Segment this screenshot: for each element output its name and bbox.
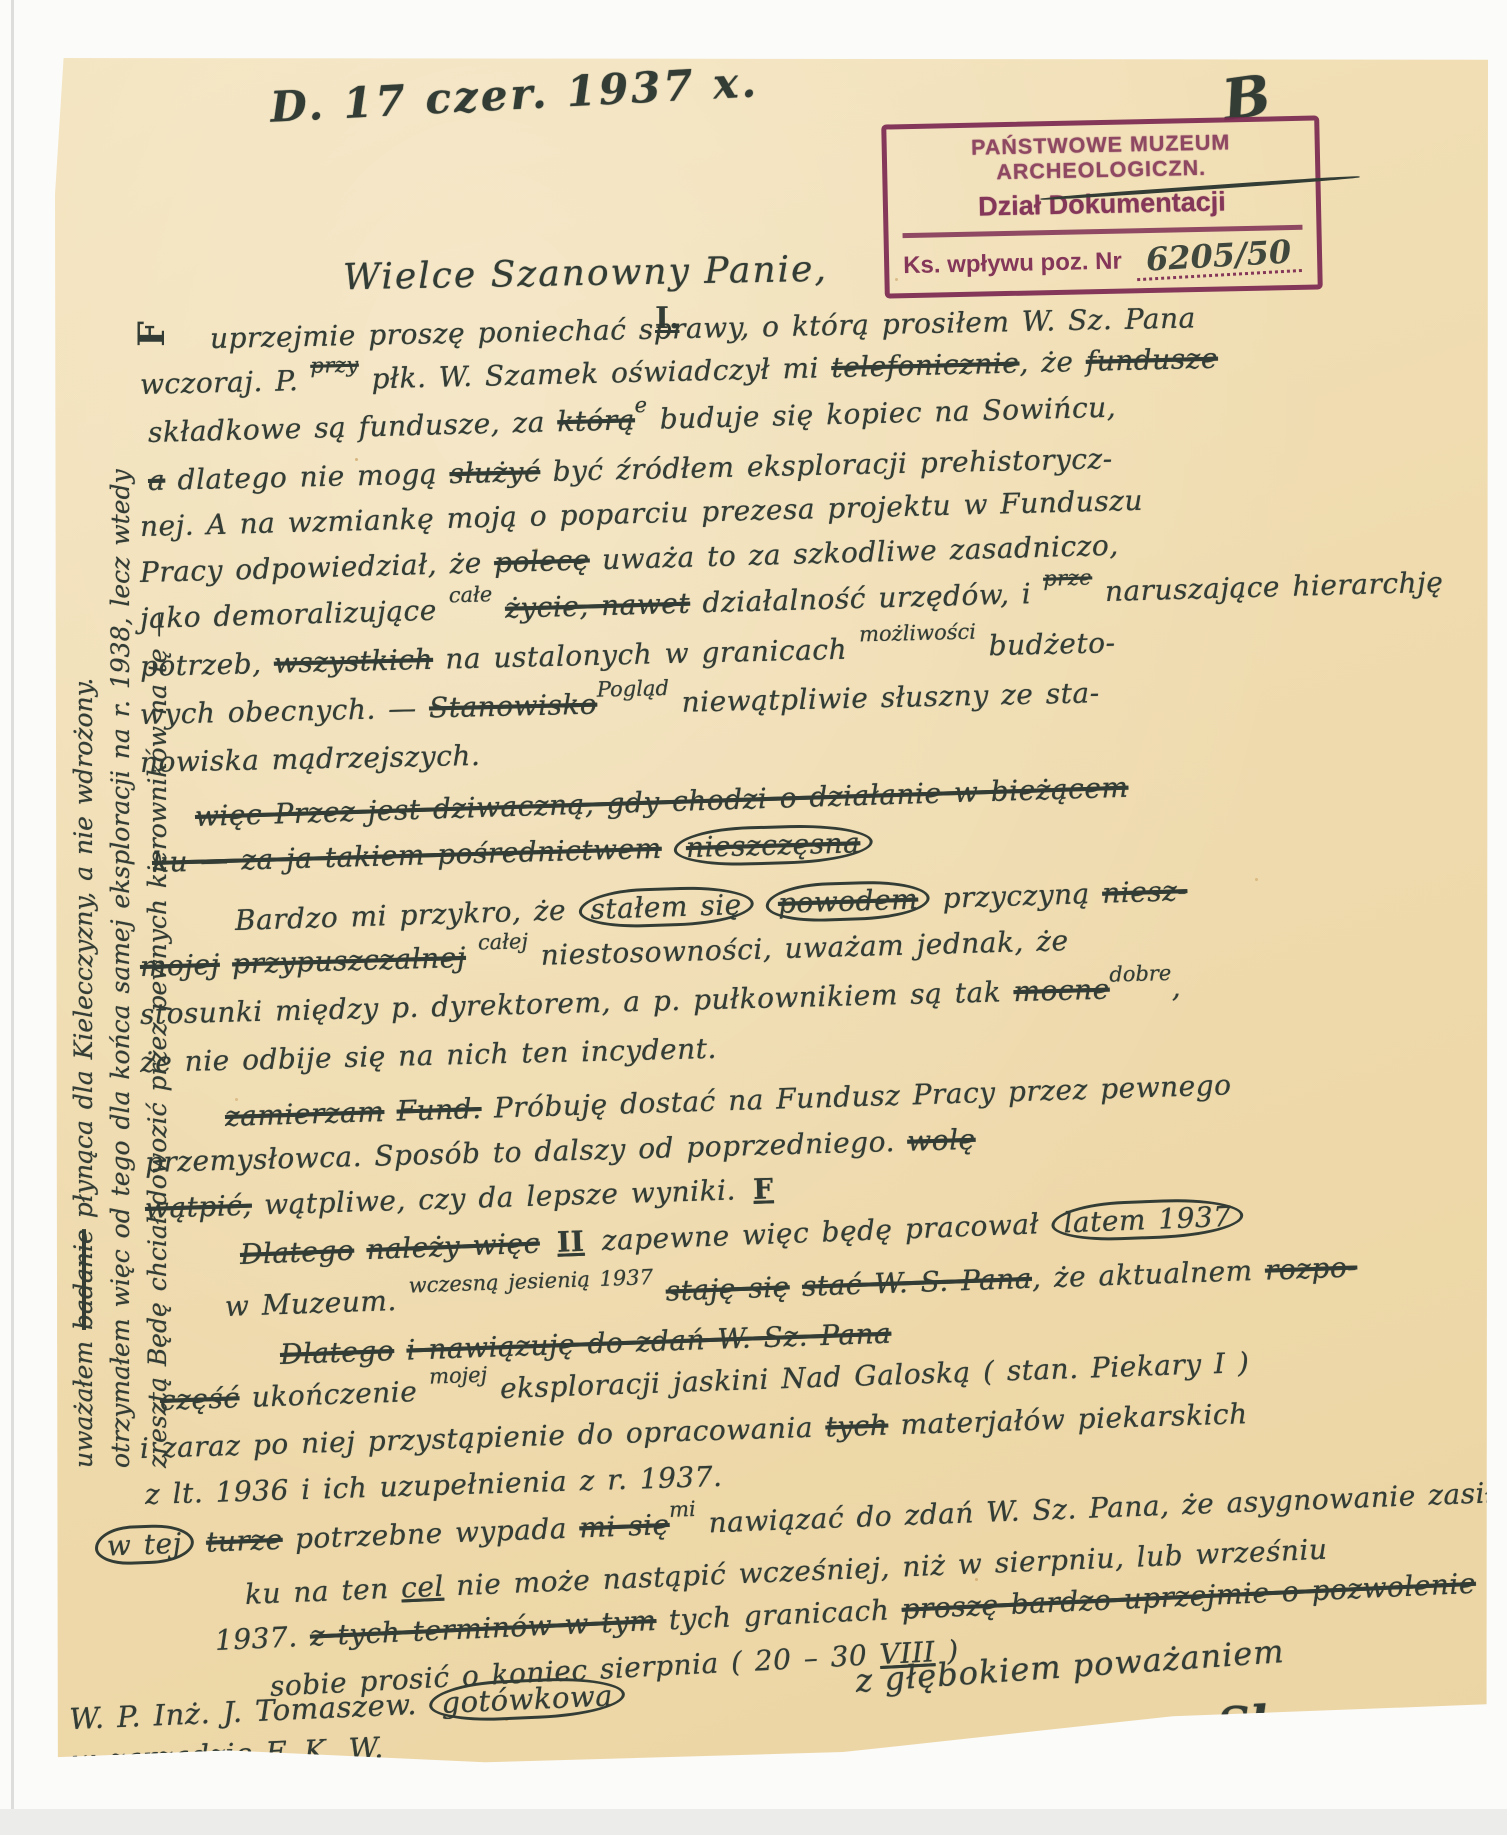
text-segment: naruszające hierarchję xyxy=(1092,566,1444,609)
text-segment: służyć xyxy=(449,455,540,490)
text-segment: stać W. S. Pana xyxy=(801,1262,1032,1303)
footer-address-note: W. P. Inż. J. Tomaszew. gotówkowaw zarzą… xyxy=(69,1674,630,1824)
text-segment: w tej xyxy=(94,1523,194,1566)
text-segment: działalność urzędów, i xyxy=(690,577,1044,620)
text-segment: Dlatego xyxy=(279,1334,394,1371)
text-segment: tych granicach xyxy=(656,1593,903,1637)
text-segment: e xyxy=(634,393,647,417)
text-segment: telefonicznie xyxy=(831,347,1020,385)
letter-paper: D. 17 czer. 1937 x. B PAŃSTWOWE MUZEUM A… xyxy=(55,58,1488,1764)
text-segment: z tych terminów w tym xyxy=(309,1604,657,1653)
text-segment: , że aktualnem xyxy=(1031,1254,1265,1295)
text-segment: zresztą Będę chciał dowozić przez pewnyc… xyxy=(143,612,172,1468)
text-segment: Stanowisko xyxy=(429,688,598,725)
text-segment: niewątpliwie słuszny ze sta- xyxy=(669,676,1100,719)
text-segment: dobre xyxy=(1109,961,1172,987)
text-segment: cel xyxy=(400,1570,444,1605)
text-segment: materjałów piekarskich xyxy=(888,1397,1248,1441)
text-segment: przy xyxy=(310,353,359,378)
text-segment: otrzymałem więc od tego dla końca samej … xyxy=(106,469,135,1468)
text-segment: , że xyxy=(1019,345,1086,380)
text-segment: mi się xyxy=(579,1508,671,1544)
text-segment: latem 1937 xyxy=(1051,1196,1245,1242)
scanner-bottom-strip xyxy=(0,1809,1507,1835)
signature-initials: Sk xyxy=(1216,1698,1283,1747)
letter-body: uprzejmie proszę poniechać sprawy, o któ… xyxy=(140,316,1480,1710)
margin-note-lines: uważałem badanie płynąca dla Kielecczyzn… xyxy=(65,270,176,1468)
stamp-register-number: 6205/50 xyxy=(1135,235,1302,281)
text-segment: badanie xyxy=(69,1229,98,1330)
text-segment: Pogląd xyxy=(597,676,670,702)
text-segment: wszystkich xyxy=(273,643,433,680)
text-segment xyxy=(394,1334,408,1367)
text-segment: rozpo- xyxy=(1264,1250,1357,1286)
stamp-institution: PAŃSTWOWE MUZEUM ARCHEOLOGICZN. xyxy=(900,129,1301,187)
text-segment: możliwości xyxy=(859,620,976,647)
text-segment: mi xyxy=(669,1497,697,1522)
margin-note: uważałem badanie płynąca dla Kielecczyzn… xyxy=(65,270,183,1468)
text-segment: dlatego nie mogą xyxy=(165,457,450,496)
text-segment: prze xyxy=(1043,565,1093,590)
text-segment: mojej xyxy=(429,1363,488,1389)
text-segment: wolę xyxy=(907,1123,976,1158)
text-segment: budżeto- xyxy=(976,626,1116,662)
text-segment: fundusze xyxy=(1085,342,1218,378)
text-segment: polecę xyxy=(494,543,590,579)
stamp-register-label: Ks. wpływu poz. Nr xyxy=(903,248,1122,281)
text-segment: całe xyxy=(448,582,492,607)
handwritten-line: zresztą Będę chciał dowozić przez pewnyc… xyxy=(139,270,176,1468)
text-segment: mocne xyxy=(1013,973,1110,1009)
text-segment: Pracy odpowiedział, że xyxy=(140,546,495,589)
text-segment: należy więc xyxy=(366,1226,541,1266)
text-segment: przyczyną xyxy=(930,877,1103,915)
text-segment: staję się xyxy=(665,1270,790,1307)
text-segment: niestosowności, uważam jednak, że xyxy=(528,924,1069,972)
text-segment: 1937. xyxy=(214,1620,310,1657)
text-segment xyxy=(384,1095,397,1128)
text-segment: Dlatego xyxy=(239,1234,354,1271)
text-segment: nieszczęsna xyxy=(674,823,873,868)
text-segment: ku — za ja takiem pośrednictwem xyxy=(152,832,663,879)
stamp-department: Dział Dokumentacji xyxy=(902,185,1303,224)
text-segment: potrzebne wypada xyxy=(282,1511,580,1555)
text-segment: nowiska mądrzejszych. xyxy=(140,739,481,779)
text-segment xyxy=(753,887,766,920)
salutation: Wielce Szanowny Panie, xyxy=(343,252,828,296)
text-segment: F xyxy=(748,1172,779,1206)
text-segment: wych obecnych. — xyxy=(140,691,430,731)
text-segment: tych xyxy=(825,1408,889,1443)
museum-stamp: PAŃSTWOWE MUZEUM ARCHEOLOGICZN. Dział Do… xyxy=(881,115,1323,298)
text-segment: którą xyxy=(557,403,635,438)
text-segment: życie, nawet xyxy=(505,587,691,625)
text-segment: jako demoralizujące xyxy=(139,593,449,635)
text-segment: płk. W. Szamek oświadczył mi xyxy=(359,351,832,396)
text-segment: turze xyxy=(206,1523,284,1559)
text-segment: powodem xyxy=(765,879,930,923)
text-segment: gotówkowa xyxy=(429,1675,626,1723)
text-segment: w zarządzie F. K. W. xyxy=(71,1731,385,1779)
text-segment: buduje się kopiec na Sowińcu, xyxy=(647,391,1117,436)
text-segment: na ustalonych w granicach xyxy=(433,632,860,675)
text-segment: ku na ten xyxy=(244,1571,402,1611)
scanner-edge-line xyxy=(11,0,14,1835)
text-segment: w Muzeum. xyxy=(224,1284,409,1323)
text-segment: , xyxy=(1171,971,1181,1004)
text-segment: niesz- xyxy=(1102,874,1188,910)
text-segment xyxy=(661,831,674,864)
text-segment: Fund. xyxy=(396,1092,482,1128)
text-segment: stałem się xyxy=(578,885,754,929)
text-segment: płynąca dla Kielecczyzny, a nie wdrożony… xyxy=(69,678,98,1230)
handwritten-line: uważałem badanie płynąca dla Kielecczyzn… xyxy=(65,270,102,1468)
text-segment: przypuszczalnej xyxy=(232,941,467,981)
text-segment: uważa to za szkodliwe zasadniczo, xyxy=(589,529,1119,577)
handwritten-line: otrzymałem więc od tego dla końca samej … xyxy=(102,270,139,1468)
text-segment: ukończenie xyxy=(239,1375,430,1415)
text-segment: zamierzam xyxy=(224,1095,384,1133)
text-segment: uważałem xyxy=(69,1330,98,1468)
text-segment: składkowe są fundusze, za xyxy=(148,405,558,449)
text-segment: że nie odbije się na nich ten incydent. xyxy=(140,1032,718,1079)
text-segment: całej xyxy=(478,929,529,954)
date-line: D. 17 czer. 1937 x. xyxy=(269,61,760,129)
text-segment: II xyxy=(552,1225,590,1259)
